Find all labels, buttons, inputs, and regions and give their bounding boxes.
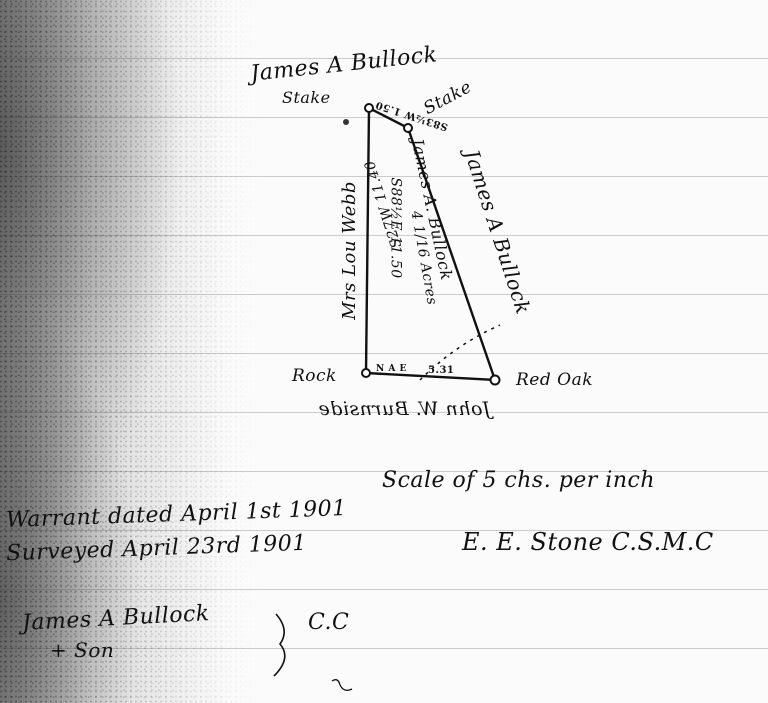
scale-note: Scale of 5 chs. per inch xyxy=(382,468,655,493)
surveyor-signature: E. E. Stone C.S.M.C xyxy=(462,528,714,556)
red-oak-label: Red Oak xyxy=(516,370,593,390)
chain-carrier-son: + Son xyxy=(50,638,114,662)
brace-mark xyxy=(268,610,298,680)
rock-label: Rock xyxy=(292,366,337,386)
corner-marker-stake-nw xyxy=(365,104,373,112)
stake-label-nw: Stake xyxy=(282,88,331,107)
corner-marker-stake-ne xyxy=(404,124,412,132)
corner-marker-red-oak xyxy=(491,376,500,385)
bottom-owner-label: John W. Burnside xyxy=(318,398,491,420)
left-owner-label: Mrs Lou Webb xyxy=(339,181,360,320)
ink-squiggle xyxy=(330,675,360,695)
call-bottom-distance: 5.31 xyxy=(428,365,454,376)
call-left: S88½E 11.50 xyxy=(388,177,404,278)
ink-dot xyxy=(343,119,349,125)
corner-marker-rock xyxy=(362,369,370,377)
call-bottom-bearing: N A E xyxy=(376,364,407,374)
chain-carrier-role: C.C xyxy=(308,610,349,635)
